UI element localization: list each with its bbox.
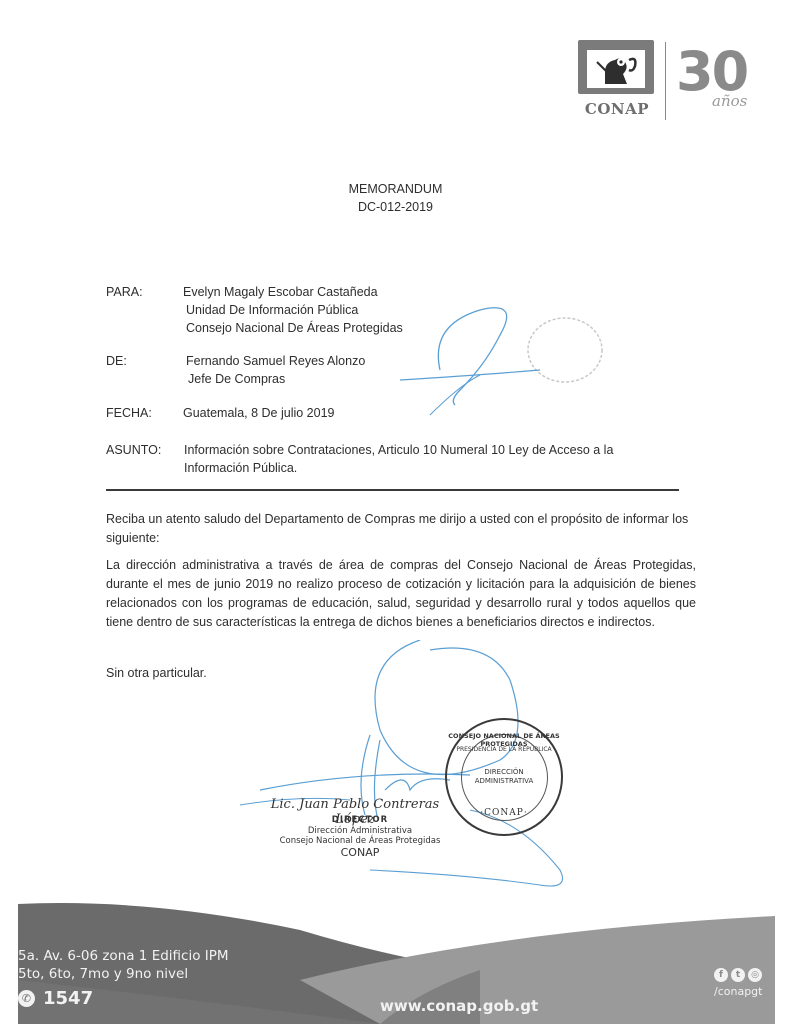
social-icons: f t ◎ xyxy=(714,968,762,982)
fecha-value: Guatemala, 8 De julio 2019 xyxy=(183,404,334,422)
para-label: PARA: xyxy=(106,283,143,301)
stamp-inner-text: PRESIDENCIA DE LA REPÚBLICA xyxy=(447,746,561,753)
social-handle: /conapgt xyxy=(714,985,762,998)
signatory-role: DIRECTOR xyxy=(260,815,460,825)
phone-number: 1547 xyxy=(43,988,93,1009)
para-line: Evelyn Magaly Escobar Castañeda xyxy=(183,283,378,301)
footer-address-line: 5to, 6to, 7mo y 9no nivel xyxy=(18,966,188,982)
memo-title: MEMORANDUM xyxy=(0,180,791,198)
twitter-icon[interactable]: t xyxy=(731,968,745,982)
official-stamp: CONSEJO NACIONAL DE ÁREAS PROTEGIDAS PRE… xyxy=(445,718,563,836)
stamp-bottom-text: ·CONAP· xyxy=(447,808,561,818)
greeting-paragraph: Reciba un atento saludo del Departamento… xyxy=(106,510,696,548)
de-line: Jefe De Compras xyxy=(188,370,285,388)
footer-website-link[interactable]: www.conap.gob.gt xyxy=(380,997,538,1015)
de-line: Fernando Samuel Reyes Alonzo xyxy=(186,352,365,370)
asunto-line: Información sobre Contrataciones, Articu… xyxy=(184,441,613,459)
signatory-department: Dirección Administrativa xyxy=(260,826,460,836)
fecha-label: FECHA: xyxy=(106,404,152,422)
logo-divider xyxy=(665,42,666,120)
instagram-icon[interactable]: ◎ xyxy=(748,968,762,982)
facebook-icon[interactable]: f xyxy=(714,968,728,982)
memo-code: DC-012-2019 xyxy=(0,198,791,216)
signatory-institution: Consejo Nacional de Áreas Protegidas xyxy=(260,836,460,846)
separator-rule xyxy=(106,489,679,491)
logo-text: CONAP xyxy=(578,100,656,118)
body-paragraph: La dirección administrativa a través de … xyxy=(106,556,696,632)
asunto-line: Información Pública. xyxy=(184,459,297,477)
initials-signature-icon xyxy=(400,295,620,425)
footer-address-line: 5a. Av. 6-06 zona 1 Edificio IPM xyxy=(18,948,229,964)
stamp-center-line: ADMINISTRATIVA xyxy=(447,777,561,785)
de-label: DE: xyxy=(106,352,127,370)
anniversary-word: años xyxy=(712,92,747,110)
phone-icon: ✆ xyxy=(18,990,35,1007)
conap-logo: CONAP xyxy=(578,40,656,104)
stamp-center-line: DIRECCIÓN xyxy=(447,768,561,776)
para-line: Consejo Nacional De Áreas Protegidas xyxy=(186,319,403,337)
logo-frame xyxy=(578,40,654,94)
signatory-acronym: CONAP xyxy=(260,846,460,859)
monkey-emblem-icon xyxy=(587,50,645,88)
asunto-label: ASUNTO: xyxy=(106,441,161,459)
para-line: Unidad De Información Pública xyxy=(186,301,358,319)
footer-phone: ✆ 1547 xyxy=(18,988,93,1009)
